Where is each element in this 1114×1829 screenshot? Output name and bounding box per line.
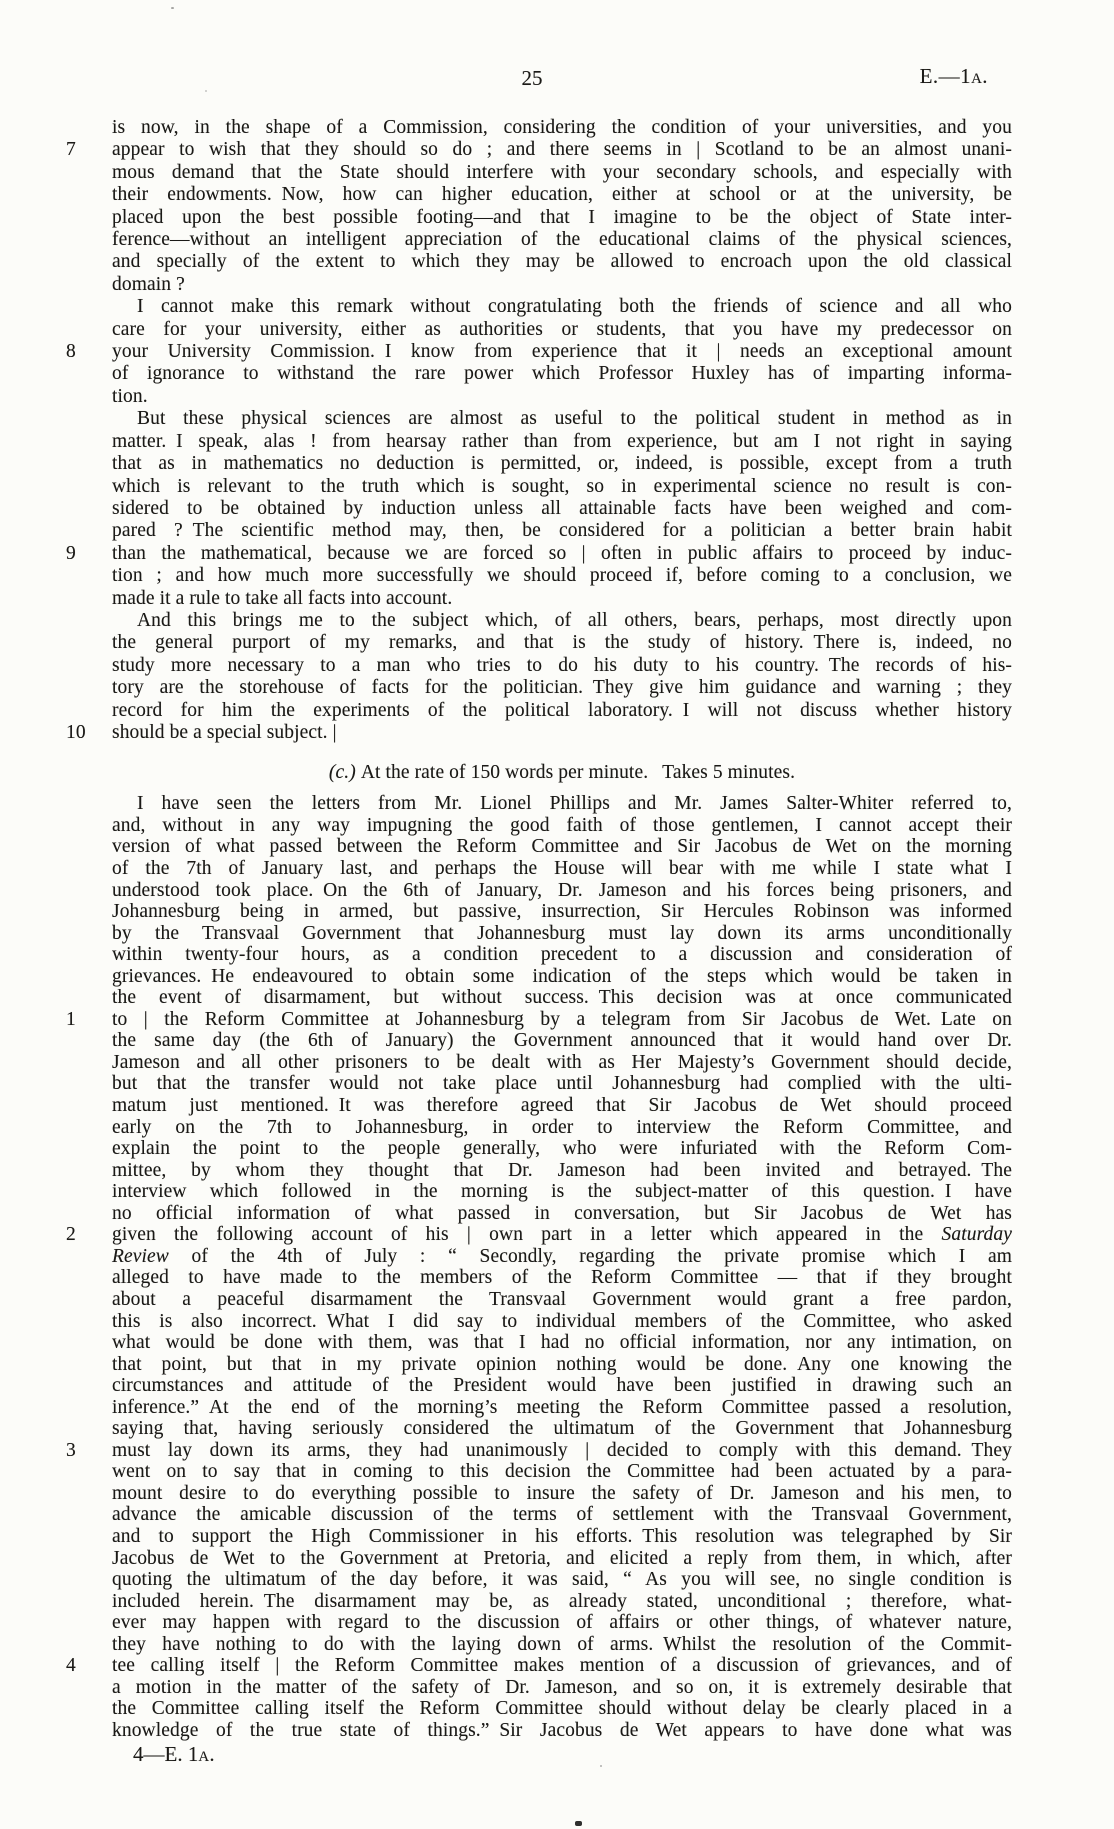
minute-margin-number: 4 — [66, 1655, 102, 1677]
text-line: quoting the ultimatum of the day before,… — [112, 1569, 1012, 1591]
text-line: to | the Reform Committee at Johannesbur… — [112, 1009, 1012, 1031]
minute-margin-number: 9 — [66, 543, 102, 565]
doc-ref-suffix: . — [982, 64, 988, 88]
text-line: within twenty-four hours, as a condition… — [112, 944, 1012, 966]
page-number: 25 — [112, 66, 952, 91]
text-line: they have nothing to do with the laying … — [112, 1634, 1012, 1656]
text-line: which is relevant to the truth which is … — [112, 476, 1012, 498]
text-line: must lay down its arms, they had unanimo… — [112, 1440, 1012, 1462]
text-line: what would be done with them, was that I… — [112, 1332, 1012, 1354]
text-line: I have seen the letters from Mr. Lionel … — [112, 793, 1012, 815]
minute-margin-number: 8 — [66, 341, 102, 363]
text-line: tion ; and how much more successfully we… — [112, 565, 1012, 587]
text-line: than the mathematical, because we are fo… — [112, 543, 1012, 565]
text-line: record for him the experiments of the po… — [112, 700, 1012, 722]
minute-margin-number: 7 — [66, 139, 102, 161]
text-line: I cannot make this remark without congra… — [112, 296, 1012, 318]
text-line: ference—without an intelligent appreciat… — [112, 229, 1012, 251]
paragraph: I have seen the letters from Mr. Lionel … — [112, 793, 1012, 1741]
paragraph: I cannot make this remark without congra… — [112, 296, 1012, 408]
printer-signature: 4—E. 1A. — [133, 1742, 215, 1767]
doc-ref-prefix: E.—1 — [920, 64, 972, 88]
text-line: interview which followed in the morning … — [112, 1181, 1012, 1203]
text-line: your University Commission. I know from … — [112, 341, 1012, 363]
text-line: of ignorance to withstand the rare power… — [112, 363, 1012, 385]
signature-smallcap: A — [198, 1749, 209, 1765]
text-line: version of what passed between the Refor… — [112, 836, 1012, 858]
document-reference: E.—1A. — [920, 64, 988, 89]
text-line: the event of disarmament, but without su… — [112, 987, 1012, 1009]
text-line: matum just mentioned. It was therefore a… — [112, 1095, 1012, 1117]
paragraph: But these physical sciences are almost a… — [112, 408, 1012, 610]
heading-label: (c.) — [329, 762, 356, 783]
text-line: this is also incorrect. What I did say t… — [112, 1311, 1012, 1333]
text-line: included herein. The disarmament may be,… — [112, 1591, 1012, 1613]
text-line: appear to wish that they should so do ; … — [112, 139, 1012, 161]
text-line: advance the amicable discussion of the t… — [112, 1504, 1012, 1526]
text-line: should be a special subject. |10 — [112, 722, 1012, 744]
text-line: tory are the storehouse of facts for the… — [112, 677, 1012, 699]
minute-margin-number: 1 — [66, 1009, 102, 1031]
text-line: grievances. He endeavoured to obtain som… — [112, 966, 1012, 988]
text-line: Jacobus de Wet to the Government at Pret… — [112, 1548, 1012, 1570]
text-line: by the Transvaal Government that Johanne… — [112, 923, 1012, 945]
text-line: tee calling itself | the Reform Committe… — [112, 1655, 1012, 1677]
text-line: alleged to have made to the members of t… — [112, 1267, 1012, 1289]
dictation-passage-b: is now, in the shape of a Commission, co… — [112, 117, 1012, 744]
text-line: But these physical sciences are almost a… — [112, 408, 1012, 430]
scan-speck — [205, 90, 207, 92]
minute-margin-number: 10 — [66, 722, 102, 744]
text-line: is now, in the shape of a Commission, co… — [112, 117, 1012, 139]
text-line: mittee, by whom they thought that Dr. Ja… — [112, 1160, 1012, 1182]
text-line: care for your university, either as auth… — [112, 319, 1012, 341]
paragraph: And this brings me to the subject which,… — [112, 610, 1012, 744]
text-line: but that the transfer would not take pla… — [112, 1073, 1012, 1095]
text-line: the Committee calling itself the Reform … — [112, 1698, 1012, 1720]
text-line: placed upon the best possible footing—an… — [112, 207, 1012, 229]
signature-prefix: 4—E. 1 — [133, 1742, 198, 1766]
doc-ref-smallcap: A — [971, 71, 982, 87]
text-line: no official information of what passed i… — [112, 1203, 1012, 1225]
text-line: pared ? The scientific method may, then,… — [112, 520, 1012, 542]
text-line: explain the point to the people generall… — [112, 1138, 1012, 1160]
text-line: and specially of the extent to which the… — [112, 251, 1012, 273]
text-line: early on the 7th to Johannesburg, in ord… — [112, 1117, 1012, 1139]
text-line: of the 7th of January last, and perhaps … — [112, 858, 1012, 880]
text-line: their endowments. Now, how can higher ed… — [112, 184, 1012, 206]
text-line: that as in mathematics no deduction is p… — [112, 453, 1012, 475]
text-line: given the following account of his | own… — [112, 1224, 1012, 1246]
text-line: tion. — [112, 386, 1012, 408]
text-line: inference.” At the end of the morning’s … — [112, 1397, 1012, 1419]
text-line: Jameson and all other prisoners to be de… — [112, 1052, 1012, 1074]
text-line: Review of the 4th of July : “ Secondly, … — [112, 1246, 1012, 1268]
text-line: mount desire to do everything possible t… — [112, 1483, 1012, 1505]
scan-speck — [600, 1765, 602, 1767]
text-line: knowledge of the true state of things.” … — [112, 1720, 1012, 1742]
text-line: And this brings me to the subject which,… — [112, 610, 1012, 632]
text-line: domain ? — [112, 274, 1012, 296]
text-line: a motion in the matter of the safety of … — [112, 1677, 1012, 1699]
dictation-passage-c: I have seen the letters from Mr. Lionel … — [112, 793, 1012, 1741]
text-line: and to support the High Commissioner in … — [112, 1526, 1012, 1548]
text-column: is now, in the shape of a Commission, co… — [112, 117, 1012, 1741]
text-line: sidered to be obtained by induction unle… — [112, 498, 1012, 520]
text-line: understood took place. On the 6th of Jan… — [112, 880, 1012, 902]
text-line: Johannesburg being in armed, but passive… — [112, 901, 1012, 923]
minute-margin-number: 2 — [66, 1224, 102, 1246]
text-line: went on to say that in coming to this de… — [112, 1461, 1012, 1483]
text-line: matter. I speak, alas ! from hearsay rat… — [112, 431, 1012, 453]
text-line: the same day (the 6th of January) the Go… — [112, 1030, 1012, 1052]
scan-speck — [171, 7, 174, 9]
scanned-document-page: 25 E.—1A. is now, in the shape of a Comm… — [0, 0, 1114, 1829]
heading-text: At the rate of 150 words per minute. — [361, 762, 648, 783]
heading-duration: Takes 5 minutes. — [662, 762, 795, 783]
text-line: saying that, having seriously considered… — [112, 1418, 1012, 1440]
signature-suffix: . — [209, 1742, 214, 1766]
text-line: that point, but that in my private opini… — [112, 1354, 1012, 1376]
section-heading: (c.) At the rate of 150 words per minute… — [112, 761, 1012, 784]
scan-speck — [575, 1821, 582, 1826]
text-line: ever may happen with regard to the discu… — [112, 1612, 1012, 1634]
text-line: and, without in any way impugning the go… — [112, 815, 1012, 837]
text-line: study more necessary to a man who tries … — [112, 655, 1012, 677]
minute-margin-number: 3 — [66, 1440, 102, 1462]
text-line: the general purport of my remarks, and t… — [112, 632, 1012, 654]
text-line: made it a rule to take all facts into ac… — [112, 588, 1012, 610]
text-line: circumstances and attitude of the Presid… — [112, 1375, 1012, 1397]
paragraph: is now, in the shape of a Commission, co… — [112, 117, 1012, 296]
text-line: about a peaceful disarmament the Transva… — [112, 1289, 1012, 1311]
text-line: mous demand that the State should interf… — [112, 162, 1012, 184]
